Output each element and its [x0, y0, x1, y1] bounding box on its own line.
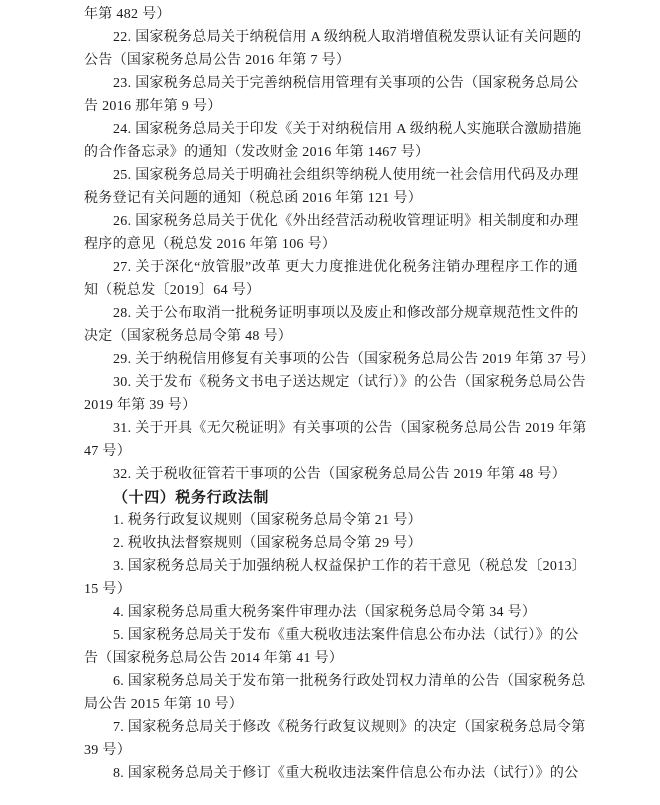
text-line: 28. 关于公布取消一批税务证明事项以及废止和修改部分规章规范性文件的: [84, 302, 578, 325]
text-line: 30. 关于发布《税务文书电子送达规定（试行）》的公告（国家税务总局公告: [84, 371, 578, 394]
text-line: 32. 关于税收征管若干事项的公告（国家税务总局公告 2019 年第 48 号）: [84, 463, 578, 486]
text-line: 5. 国家税务总局关于发布《重大税收违法案件信息公布办法（试行）》的公: [84, 624, 578, 647]
text-line: 2019 年第 39 号）: [84, 394, 578, 417]
text-line: 的合作备忘录》的通知（发改财金 2016 年第 1467 号）: [84, 141, 578, 164]
text-line: 4. 国家税务总局重大税务案件审理办法（国家税务总局令第 34 号）: [84, 601, 578, 624]
text-line: 26. 国家税务总局关于优化《外出经营活动税收管理证明》相关制度和办理: [84, 210, 578, 233]
text-line: 31. 关于开具《无欠税证明》有关事项的公告（国家税务总局公告 2019 年第: [84, 417, 578, 440]
text-line: 27. 关于深化“放管服”改革 更大力度推进优化税务注销办理程序工作的通: [84, 256, 578, 279]
text-line: 29. 关于纳税信用修复有关事项的公告（国家税务总局公告 2019 年第 37 …: [84, 348, 578, 371]
text-line: 8. 国家税务总局关于修订《重大税收违法案件信息公布办法（试行）》的公: [84, 762, 578, 785]
text-line: 24. 国家税务总局关于印发《关于对纳税信用 A 级纳税人实施联合激励措施: [84, 118, 578, 141]
document-content: 年第 482 号）22. 国家税务总局关于纳税信用 A 级纳税人取消增值税发票认…: [84, 3, 578, 785]
text-line: 告（国家税务总局公告 2014 年第 41 号）: [84, 647, 578, 670]
section-heading: （十四）税务行政法制: [84, 486, 578, 509]
text-line: 39 号）: [84, 739, 578, 762]
text-line: 知（税总发〔2019〕64 号）: [84, 279, 578, 302]
document-page: 年第 482 号）22. 国家税务总局关于纳税信用 A 级纳税人取消增值税发票认…: [0, 0, 660, 805]
text-line: 6. 国家税务总局关于发布第一批税务行政处罚权力清单的公告（国家税务总: [84, 670, 578, 693]
text-line: 税务登记有关问题的通知（税总函 2016 年第 121 号）: [84, 187, 578, 210]
text-line: 年第 482 号）: [84, 3, 578, 26]
text-line: 15 号）: [84, 578, 578, 601]
text-line: 7. 国家税务总局关于修改《税务行政复议规则》的决定（国家税务总局令第: [84, 716, 578, 739]
text-line: 程序的意见（税总发 2016 年第 106 号）: [84, 233, 578, 256]
text-line: 22. 国家税务总局关于纳税信用 A 级纳税人取消增值税发票认证有关问题的: [84, 26, 578, 49]
text-line: 23. 国家税务总局关于完善纳税信用管理有关事项的公告（国家税务总局公: [84, 72, 578, 95]
text-line: 局公告 2015 年第 10 号）: [84, 693, 578, 716]
text-line: 3. 国家税务总局关于加强纳税人权益保护工作的若干意见（税总发〔2013〕: [84, 555, 578, 578]
text-line: 告 2016 那年第 9 号）: [84, 95, 578, 118]
text-line: 47 号）: [84, 440, 578, 463]
text-line: 1. 税务行政复议规则（国家税务总局令第 21 号）: [84, 509, 578, 532]
text-line: 公告（国家税务总局公告 2016 年第 7 号）: [84, 49, 578, 72]
text-line: 25. 国家税务总局关于明确社会组织等纳税人使用统一社会信用代码及办理: [84, 164, 578, 187]
text-line: 决定（国家税务总局令第 48 号）: [84, 325, 578, 348]
text-line: 2. 税收执法督察规则（国家税务总局令第 29 号）: [84, 532, 578, 555]
